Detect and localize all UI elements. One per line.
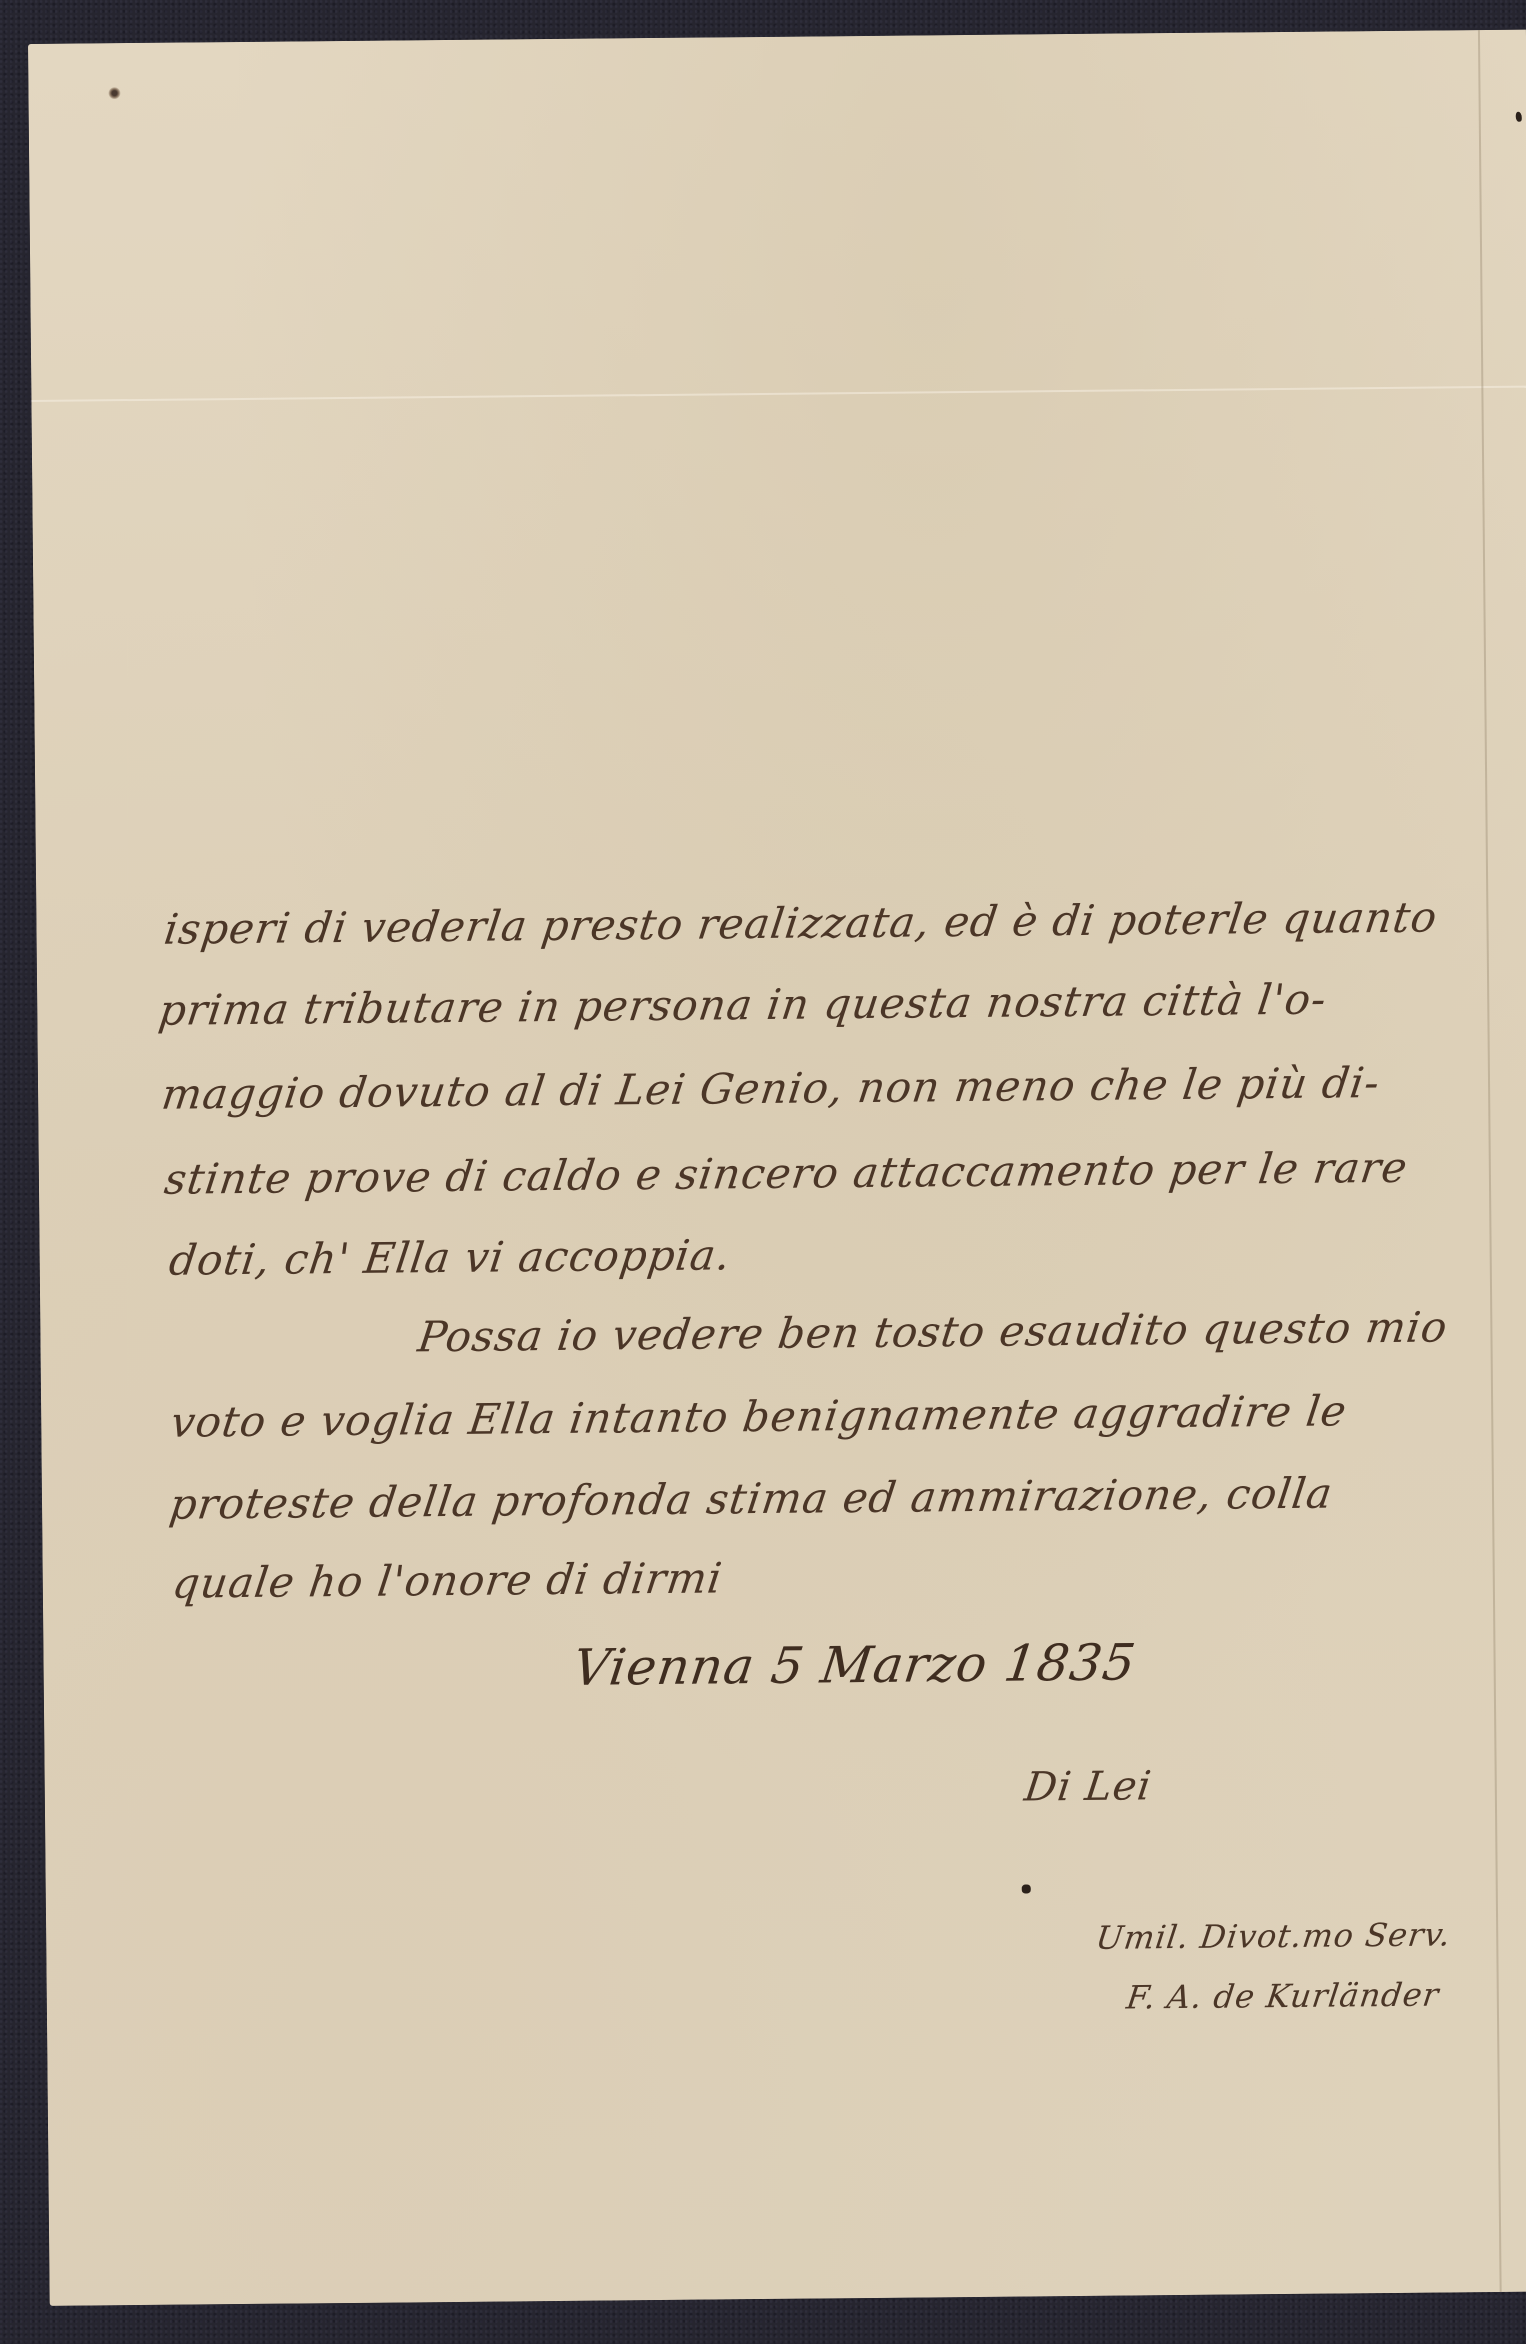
- body-line: voto e voglia Ella intanto benignamente …: [168, 1386, 1350, 1446]
- signature-title: Umil. Divot.mo Serv.: [1094, 1915, 1454, 1956]
- letter-body: isperi di vederla presto realizzata, ed …: [28, 30, 1526, 2306]
- body-line: doti, ch' Ella vi accoppia.: [166, 1230, 733, 1284]
- body-line: Possa io vedere ben tosto esaudito quest…: [415, 1302, 1451, 1361]
- signature-name: F. A. de Kurländer: [1124, 1976, 1441, 2017]
- body-line: quale ho l'onore di dirmi: [170, 1553, 726, 1607]
- closing: Di Lei: [1022, 1763, 1155, 1810]
- body-line: isperi di vederla presto realizzata, ed …: [161, 892, 1440, 953]
- body-line: stinte prove di caldo e sincero attaccam…: [162, 1143, 1411, 1204]
- body-line: maggio dovuto al di Lei Genio, non meno …: [159, 1058, 1383, 1119]
- body-line: proteste della profonda stima ed ammiraz…: [167, 1469, 1336, 1529]
- dateline: Vienna 5 Marzo 1835: [570, 1633, 1140, 1696]
- letter-page: isperi di vederla presto realizzata, ed …: [28, 30, 1526, 2306]
- body-line: prima tributare in persona in questa nos…: [156, 975, 1330, 1035]
